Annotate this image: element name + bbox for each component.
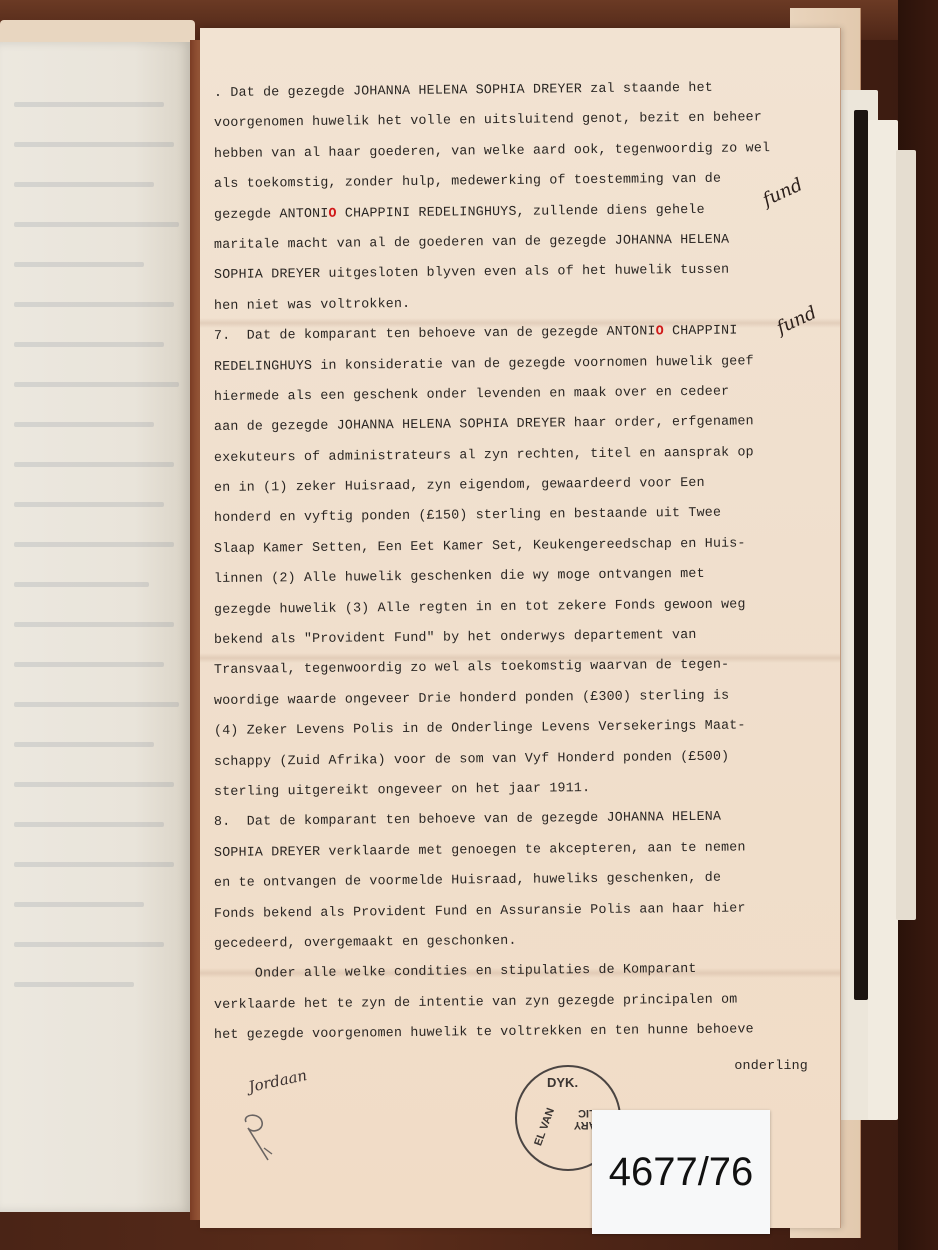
bleed-through-text [14, 782, 174, 787]
bleed-through-text [14, 822, 164, 827]
book-gutter [190, 40, 200, 1220]
left-facing-page [0, 42, 192, 1212]
stamp-text-top: DYK. [547, 1075, 578, 1090]
bleed-through-text [14, 702, 179, 707]
bleed-through-text [14, 222, 179, 227]
bleed-through-text [14, 422, 154, 427]
bleed-through-text [14, 502, 164, 507]
loose-sheet-dark [854, 110, 868, 1000]
typed-document-page: . Dat de gezegde JOHANNA HELENA SOPHIA D… [200, 28, 840, 1228]
archive-reference-number: 4677/76 [609, 1150, 754, 1195]
bleed-through-text [14, 742, 154, 747]
bleed-through-text [14, 582, 149, 587]
typed-line: het gezegde voorgenomen huwelik te voltr… [214, 1014, 824, 1051]
bleed-through-text [14, 982, 134, 987]
pencil-mark-icon [238, 1112, 280, 1164]
typed-body-text: . Dat de gezegde JOHANNA HELENA SOPHIA D… [214, 78, 824, 1081]
bleed-through-text [14, 942, 164, 947]
red-ink-correction: O [328, 205, 336, 220]
bleed-through-text [14, 622, 174, 627]
stamp-text-left: EL VAN [532, 1106, 557, 1147]
bleed-through-text [14, 462, 174, 467]
bleed-through-text [14, 542, 174, 547]
bleed-through-text [14, 182, 154, 187]
bleed-through-text [14, 262, 144, 267]
loose-sheet [868, 120, 898, 1120]
bleed-through-text [14, 862, 174, 867]
bleed-through-text [14, 382, 179, 387]
bleed-through-text [14, 342, 164, 347]
loose-sheet [896, 150, 916, 920]
bleed-through-text [14, 142, 174, 147]
red-ink-correction: O [656, 323, 664, 338]
bleed-through-text [14, 102, 164, 107]
stacked-loose-sheets [838, 90, 920, 1120]
bleed-through-text [14, 902, 144, 907]
bleed-through-text [14, 662, 164, 667]
bleed-through-text [14, 302, 174, 307]
archive-reference-label: 4677/76 [592, 1110, 770, 1234]
